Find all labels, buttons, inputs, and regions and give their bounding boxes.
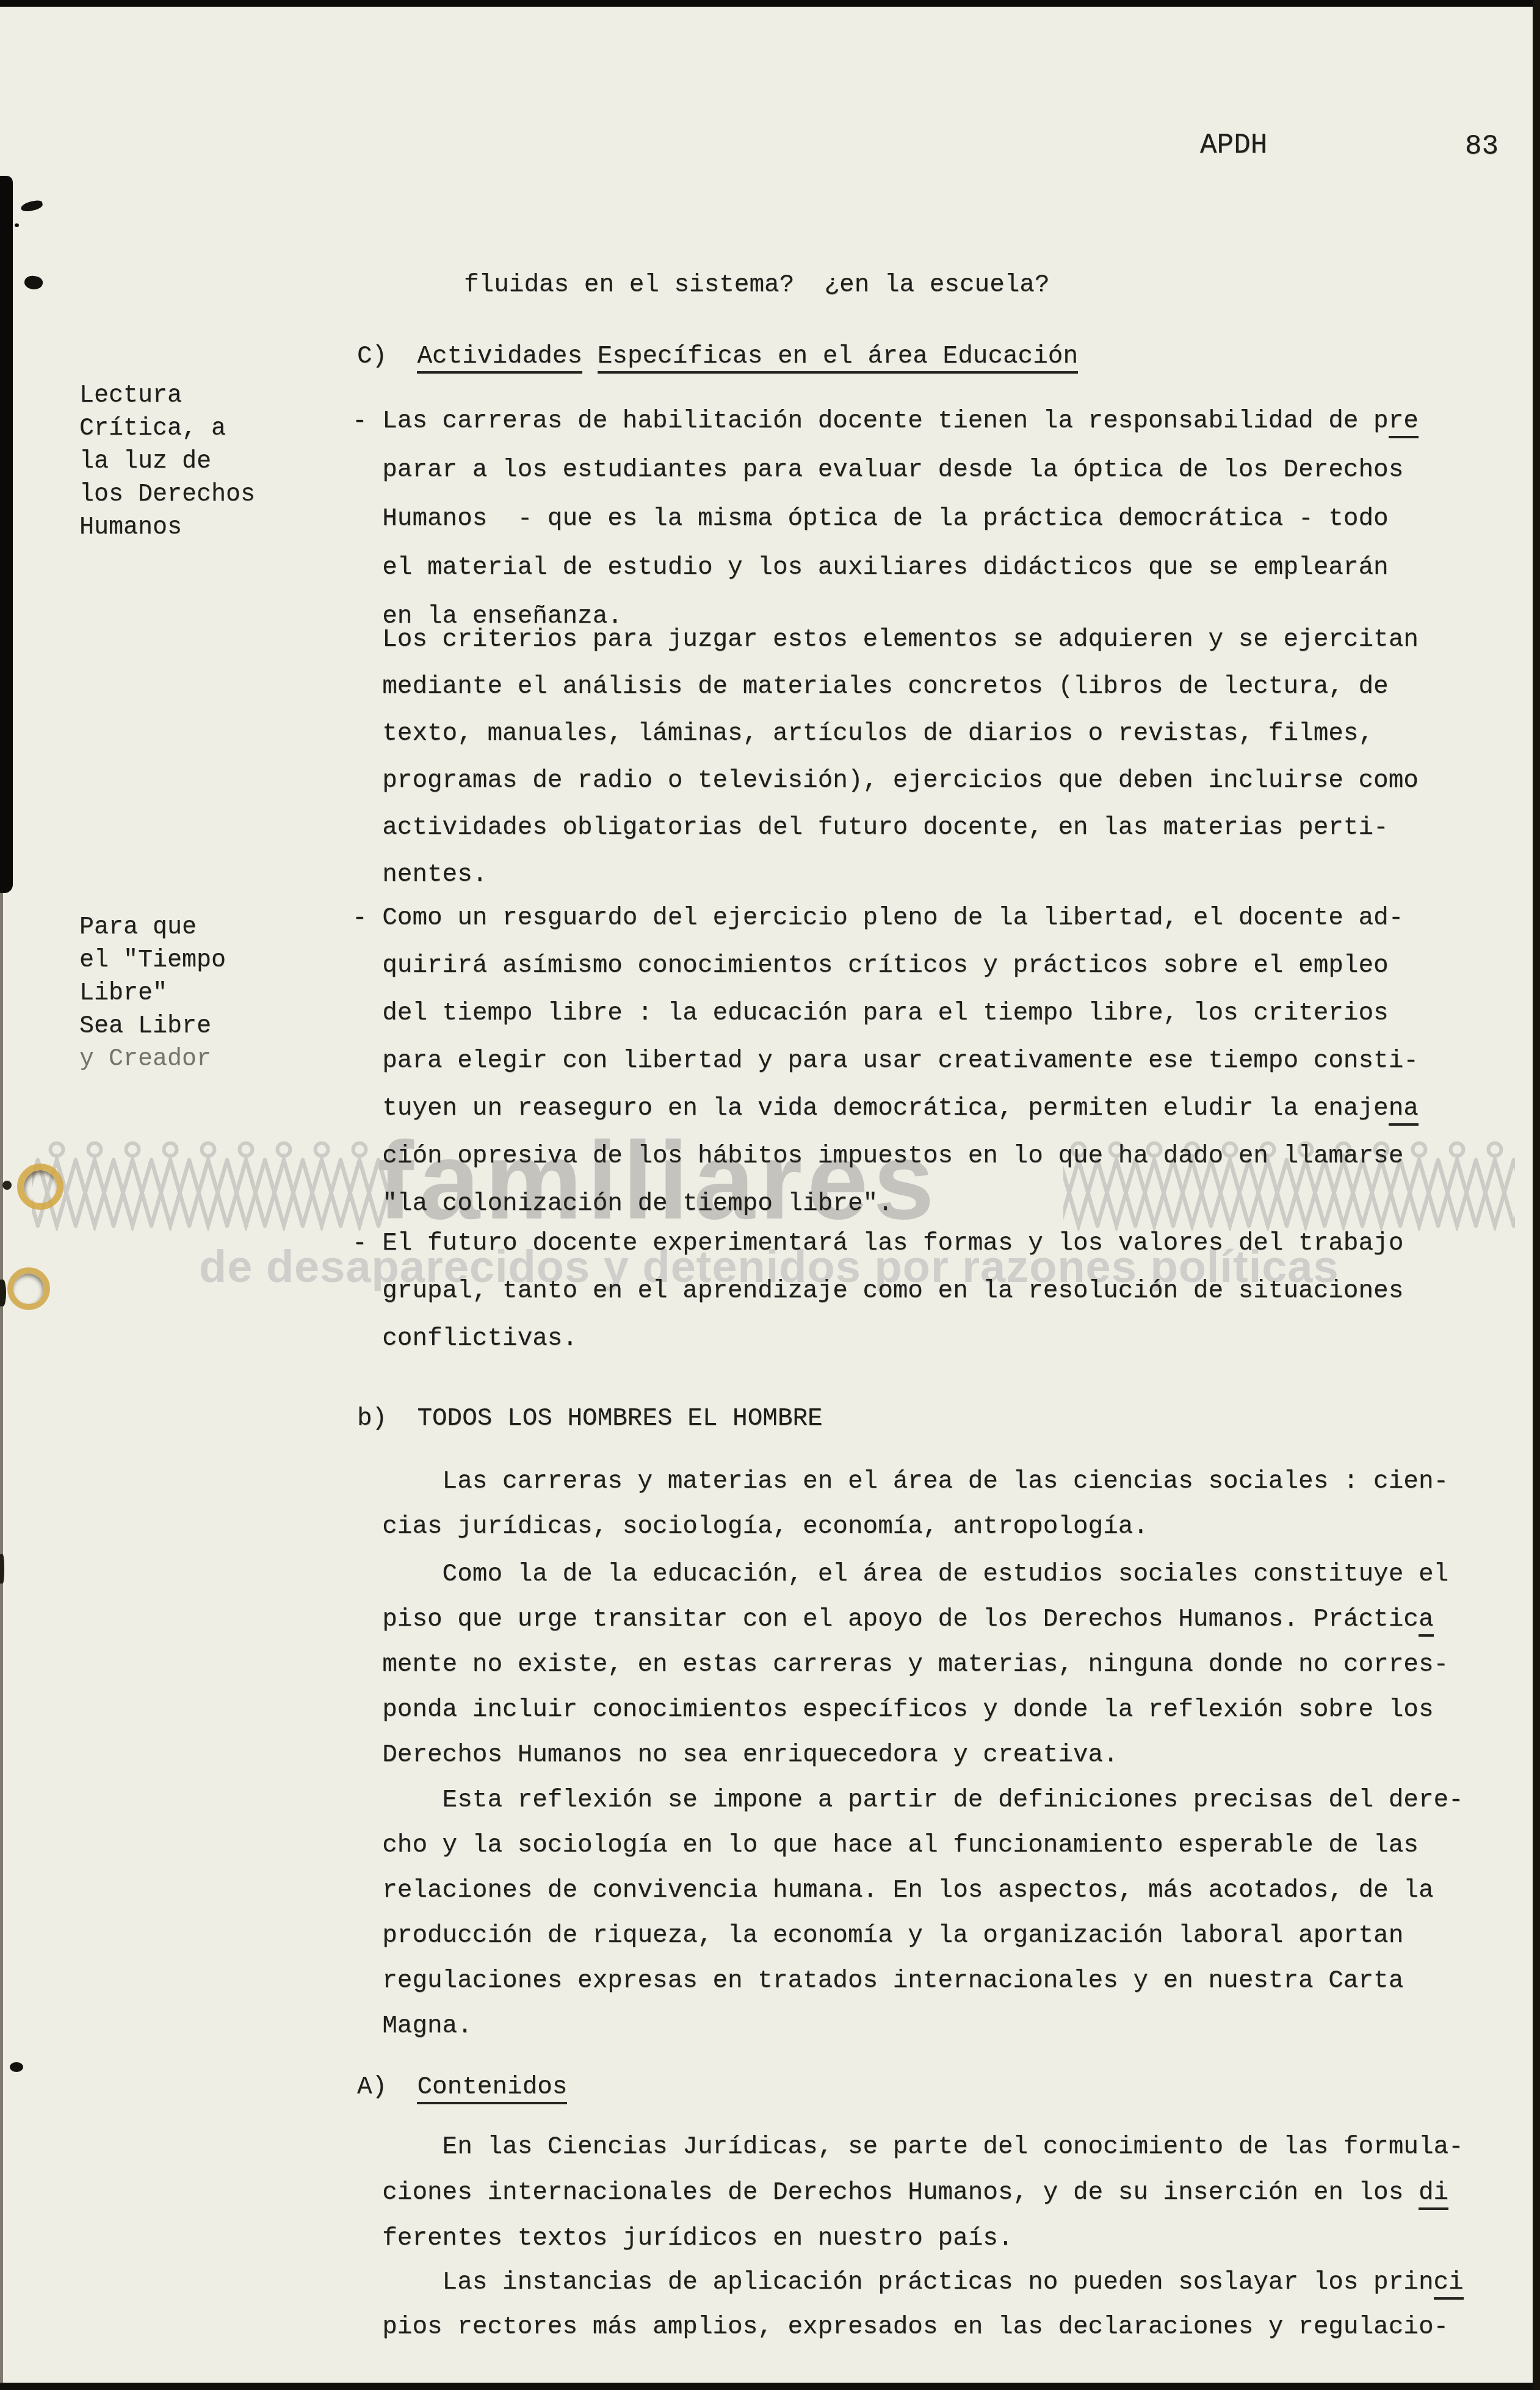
text-segment: cias jurídicas, sociología, economía, an…: [352, 1513, 1148, 1541]
text-layer: APDH 83 LecturaCrítica, ala luz delos De…: [0, 0, 1540, 2390]
text-line: En las Ciencias Jurídicas, se parte del …: [352, 2124, 1464, 2170]
text-line: texto, manuales, láminas, artículos de d…: [352, 711, 1419, 758]
text-segment: relaciones de convivencia humana. En los…: [352, 1877, 1434, 1905]
underlined-text: re: [1389, 407, 1419, 438]
para-5: Las carreras y materias en el área de la…: [352, 1459, 1448, 1549]
text-segment: - Como un resguardo del ejercicio pleno …: [352, 904, 1403, 932]
underlined-text: a: [1419, 1606, 1434, 1637]
text-segment: ponda incluir conocimientos específicos …: [352, 1696, 1434, 1724]
underlined-text: Específicas en el área Educación: [598, 342, 1078, 374]
heading-b: b) TODOS LOS HOMBRES EL HOMBRE: [357, 1395, 823, 1443]
margin-note-line: Para que: [79, 911, 226, 944]
text-line: A) Contenidos: [357, 2063, 567, 2111]
text-line: Derechos Humanos no sea enriquecedora y …: [352, 1733, 1448, 1778]
text-segment: b) TODOS LOS HOMBRES EL HOMBRE: [357, 1405, 823, 1433]
text-segment: conflictivas.: [352, 1325, 577, 1353]
heading-a: A) Contenidos: [357, 2063, 567, 2111]
text-segment: del tiempo libre : la educación para el …: [352, 999, 1389, 1027]
text-line: mente no existe, en estas carreras y mat…: [352, 1642, 1448, 1687]
text-line: del tiempo libre : la educación para el …: [352, 990, 1419, 1037]
text-segment: - El futuro docente experimentará las fo…: [352, 1229, 1403, 1258]
text-line: - El futuro docente experimentará las fo…: [352, 1220, 1403, 1267]
text-line: pios rectores más amplios, expresados en…: [352, 2305, 1464, 2350]
text-segment: programas de radio o televisión), ejerci…: [352, 767, 1419, 795]
ink-speck: [10, 2062, 23, 2072]
text-line: Los criterios para juzgar estos elemento…: [352, 617, 1419, 664]
text-line: cho y la sociología en lo que hace al fu…: [352, 1823, 1464, 1868]
page-number: 83: [1465, 131, 1498, 162]
text-segment: Esta reflexión se impone a partir de def…: [352, 1786, 1464, 1814]
margin-note-line: la luz de: [79, 446, 255, 479]
text-segment: A): [357, 2073, 417, 2101]
para-2: Los criterios para juzgar estos elemento…: [352, 617, 1419, 899]
margin-note: Para queel "TiempoLibre"Sea Librey Cread…: [79, 911, 226, 1076]
para-1: - Las carreras de habilitación docente t…: [352, 397, 1419, 641]
margin-note-line: Humanos: [79, 512, 255, 545]
text-segment: C): [357, 342, 417, 371]
text-line: Las carreras y materias en el área de la…: [352, 1459, 1448, 1504]
text-line: quirirá asímismo conocimientos críticos …: [352, 942, 1419, 990]
underlined-text: na: [1389, 1095, 1419, 1126]
text-line: ción opresiva de los hábitos impuestos e…: [352, 1132, 1419, 1180]
text-line: mediante el análisis de materiales concr…: [352, 664, 1419, 711]
text-segment: parar a los estudiantes para evaluar des…: [352, 456, 1403, 484]
text-line: para elegir con libertad y para usar cre…: [352, 1037, 1419, 1085]
para-9: Las instancias de aplicación prácticas n…: [352, 2261, 1464, 2350]
text-segment: quirirá asímismo conocimientos críticos …: [352, 952, 1389, 980]
header-org: APDH: [1200, 129, 1267, 161]
text-line: el material de estudio y los auxiliares …: [352, 543, 1419, 592]
text-line: regulaciones expresas en tratados intern…: [352, 1958, 1464, 2004]
margin-note-line: Crítica, a: [79, 413, 255, 446]
text-segment: Las carreras y materias en el área de la…: [352, 1468, 1448, 1496]
text-line: C) Actividades Específicas en el área Ed…: [357, 333, 1078, 380]
text-segment: pios rectores más amplios, expresados en…: [352, 2313, 1448, 2341]
text-line: - Las carreras de habilitación docente t…: [352, 397, 1419, 446]
underlined-text: Contenidos: [417, 2073, 567, 2104]
text-segment: ción opresiva de los hábitos impuestos e…: [352, 1142, 1403, 1170]
text-segment: nentes.: [352, 861, 487, 889]
text-line: grupal, tanto en el aprendizaje como en …: [352, 1267, 1403, 1315]
text-line: Como la de la educación, el área de estu…: [352, 1552, 1448, 1597]
margin-note-line: el "Tiempo: [79, 944, 226, 977]
intro-line: fluidas en el sistema? ¿en la escuela?: [464, 261, 1050, 309]
text-segment: [582, 342, 598, 371]
text-segment: Los criterios para juzgar estos elemento…: [352, 626, 1419, 654]
binder-hole-icon: [17, 1164, 63, 1210]
text-line: Magna.: [352, 2004, 1464, 2049]
text-line: conflictivas.: [352, 1315, 1403, 1363]
text-line: ferentes textos jurídicos en nuestro paí…: [352, 2216, 1464, 2262]
text-line: nentes.: [352, 852, 1419, 899]
text-line: actividades obligatorias del futuro doce…: [352, 805, 1419, 852]
text-line: ciones internacionales de Derechos Human…: [352, 2170, 1464, 2216]
text-line: relaciones de convivencia humana. En los…: [352, 1868, 1464, 1913]
text-line: Las instancias de aplicación prácticas n…: [352, 2261, 1464, 2305]
text-segment: - Las carreras de habilitación docente t…: [352, 407, 1389, 435]
document-page: familiares de desaparecidos y detenidos …: [0, 0, 1540, 2390]
binder-hole-icon: [7, 1267, 50, 1310]
text-segment: piso que urge transitar con el apoyo de …: [352, 1606, 1419, 1634]
text-segment: para elegir con libertad y para usar cre…: [352, 1047, 1419, 1075]
text-segment: el material de estudio y los auxiliares …: [352, 554, 1389, 582]
text-segment: fluidas en el sistema? ¿en la escuela?: [464, 271, 1050, 299]
ink-speck: [0, 1554, 4, 1584]
para-6: Como la de la educación, el área de estu…: [352, 1552, 1448, 1778]
text-line: b) TODOS LOS HOMBRES EL HOMBRE: [357, 1395, 823, 1443]
underlined-text: Actividades: [417, 342, 582, 374]
text-segment: producción de riqueza, la economía y la …: [352, 1922, 1403, 1950]
underlined-text: ci: [1434, 2269, 1464, 2300]
text-segment: ciones internacionales de Derechos Human…: [352, 2179, 1419, 2207]
text-line: Esta reflexión se impone a partir de def…: [352, 1778, 1464, 1823]
text-segment: grupal, tanto en el aprendizaje como en …: [352, 1277, 1403, 1305]
ink-speck: [15, 223, 19, 227]
text-line: tuyen un reaseguro en la vida democrátic…: [352, 1085, 1419, 1132]
text-line: programas de radio o televisión), ejerci…: [352, 758, 1419, 805]
text-segment: mente no existe, en estas carreras y mat…: [352, 1651, 1448, 1679]
text-line: fluidas en el sistema? ¿en la escuela?: [464, 261, 1050, 309]
text-segment: Humanos - que es la misma óptica de la p…: [352, 505, 1389, 533]
text-segment: tuyen un reaseguro en la vida democrátic…: [352, 1095, 1389, 1123]
ink-speck: [2, 1181, 12, 1190]
text-line: piso que urge transitar con el apoyo de …: [352, 1597, 1448, 1642]
text-line: ponda incluir conocimientos específicos …: [352, 1687, 1448, 1733]
margin-note-line: y Creador: [79, 1043, 226, 1076]
text-line: parar a los estudiantes para evaluar des…: [352, 446, 1419, 494]
text-segment: Como la de la educación, el área de estu…: [352, 1560, 1448, 1588]
text-segment: actividades obligatorias del futuro doce…: [352, 814, 1389, 842]
text-segment: ferentes textos jurídicos en nuestro paí…: [352, 2225, 1013, 2253]
para-7: Esta reflexión se impone a partir de def…: [352, 1778, 1464, 2049]
underlined-text: di: [1419, 2179, 1448, 2210]
text-line: - Como un resguardo del ejercicio pleno …: [352, 894, 1419, 942]
text-segment: mediante el análisis de materiales concr…: [352, 673, 1389, 701]
margin-note-line: Sea Libre: [79, 1010, 226, 1043]
text-line: cias jurídicas, sociología, economía, an…: [352, 1504, 1448, 1549]
text-line: Humanos - que es la misma óptica de la p…: [352, 494, 1419, 543]
text-segment: cho y la sociología en lo que hace al fu…: [352, 1831, 1419, 1859]
margin-note-line: Libre": [79, 977, 226, 1010]
margin-note-line: Lectura: [79, 380, 255, 413]
text-segment: texto, manuales, láminas, artículos de d…: [352, 720, 1373, 748]
text-segment: En las Ciencias Jurídicas, se parte del …: [352, 2133, 1464, 2161]
para-4: - El futuro docente experimentará las fo…: [352, 1220, 1403, 1363]
text-segment: Las instancias de aplicación prácticas n…: [352, 2269, 1434, 2297]
para-8: En las Ciencias Jurídicas, se parte del …: [352, 2124, 1464, 2262]
heading-c: C) Actividades Específicas en el área Ed…: [357, 333, 1078, 380]
text-segment: regulaciones expresas en tratados intern…: [352, 1967, 1403, 1995]
text-segment: "la colonización de tiempo libre".: [352, 1190, 893, 1218]
text-line: producción de riqueza, la economía y la …: [352, 1913, 1464, 1958]
text-segment: Magna.: [352, 2012, 472, 2040]
margin-note: LecturaCrítica, ala luz delos DerechosHu…: [79, 380, 255, 545]
text-segment: Derechos Humanos no sea enriquecedora y …: [352, 1741, 1118, 1769]
para-3: - Como un resguardo del ejercicio pleno …: [352, 894, 1419, 1228]
ink-speck: [0, 1280, 6, 1306]
margin-note-line: los Derechos: [79, 479, 255, 512]
